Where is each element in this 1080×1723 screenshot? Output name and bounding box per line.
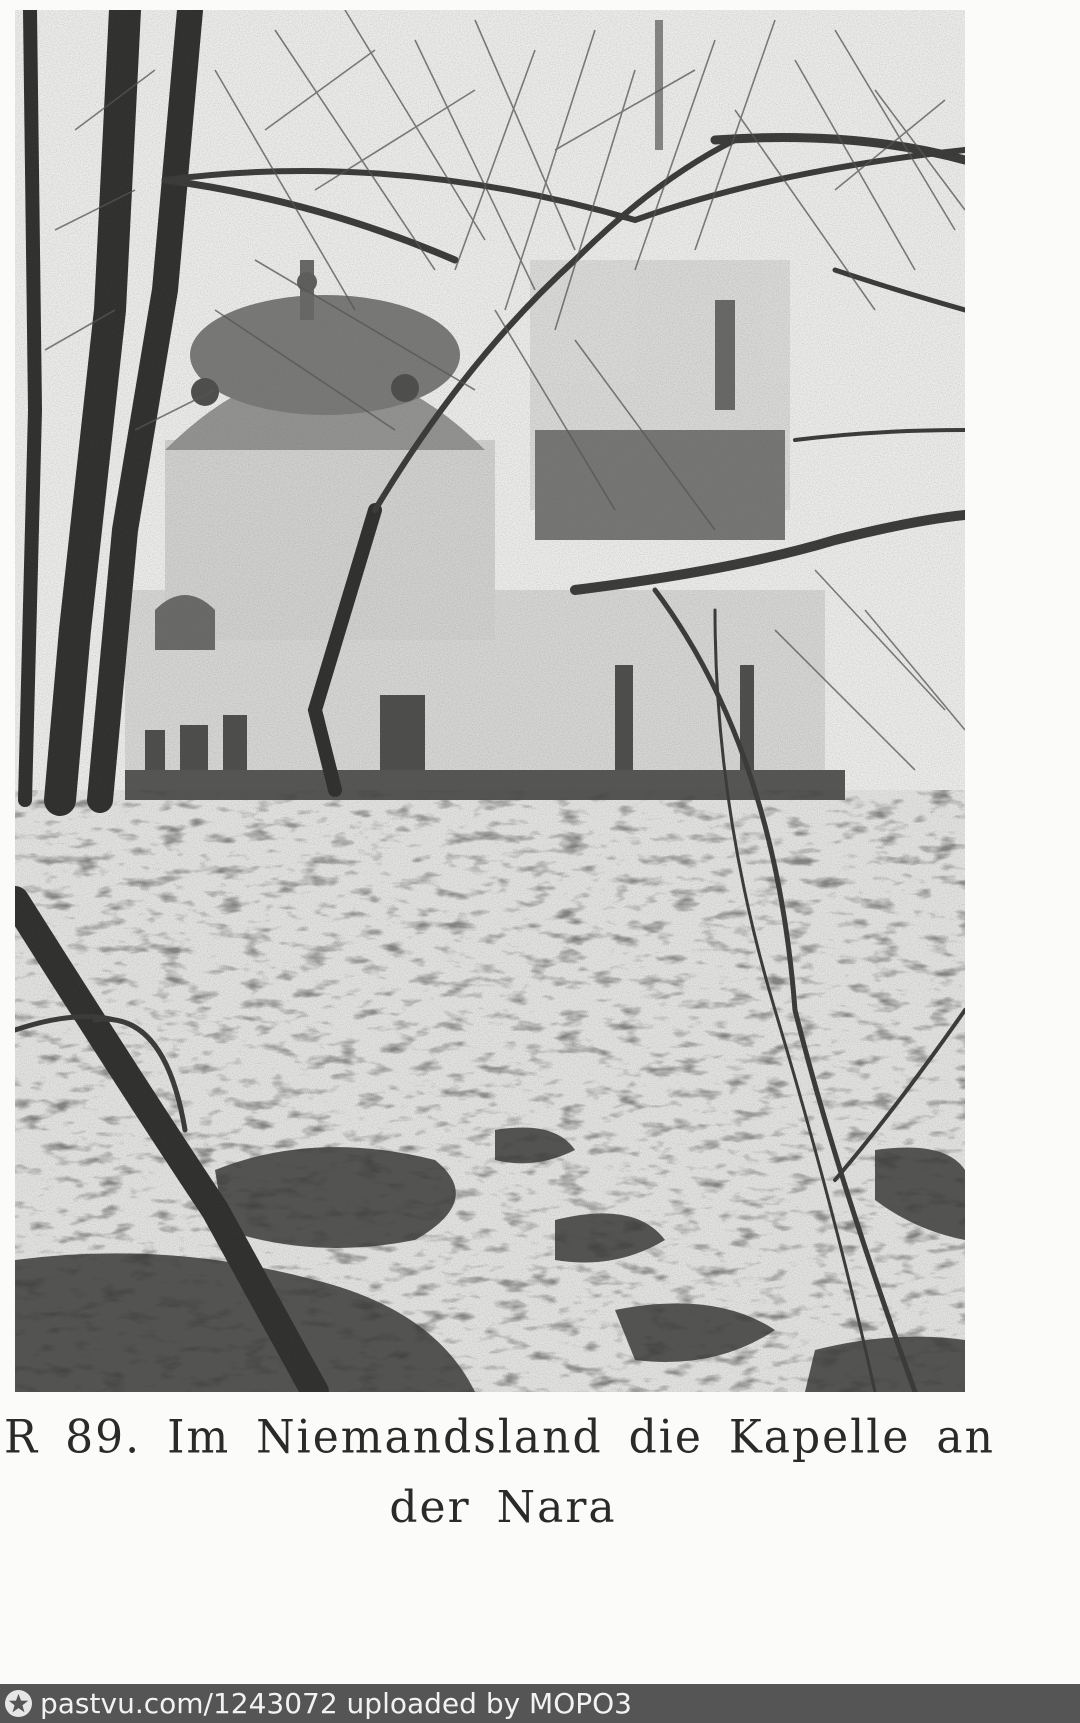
historical-photo: [15, 10, 965, 1392]
pastvu-watermark-bar: pastvu.com/1243072 uploaded by MOPO3: [0, 1684, 1080, 1723]
pastvu-star-icon: [4, 1689, 33, 1718]
caption-line-2-text: der Nara: [389, 1468, 616, 1548]
caption-line-2: der Nara: [0, 1468, 1076, 1548]
photo-scene: [15, 10, 965, 1392]
watermark-text[interactable]: pastvu.com/1243072 uploaded by MOPO3: [40, 1684, 632, 1723]
